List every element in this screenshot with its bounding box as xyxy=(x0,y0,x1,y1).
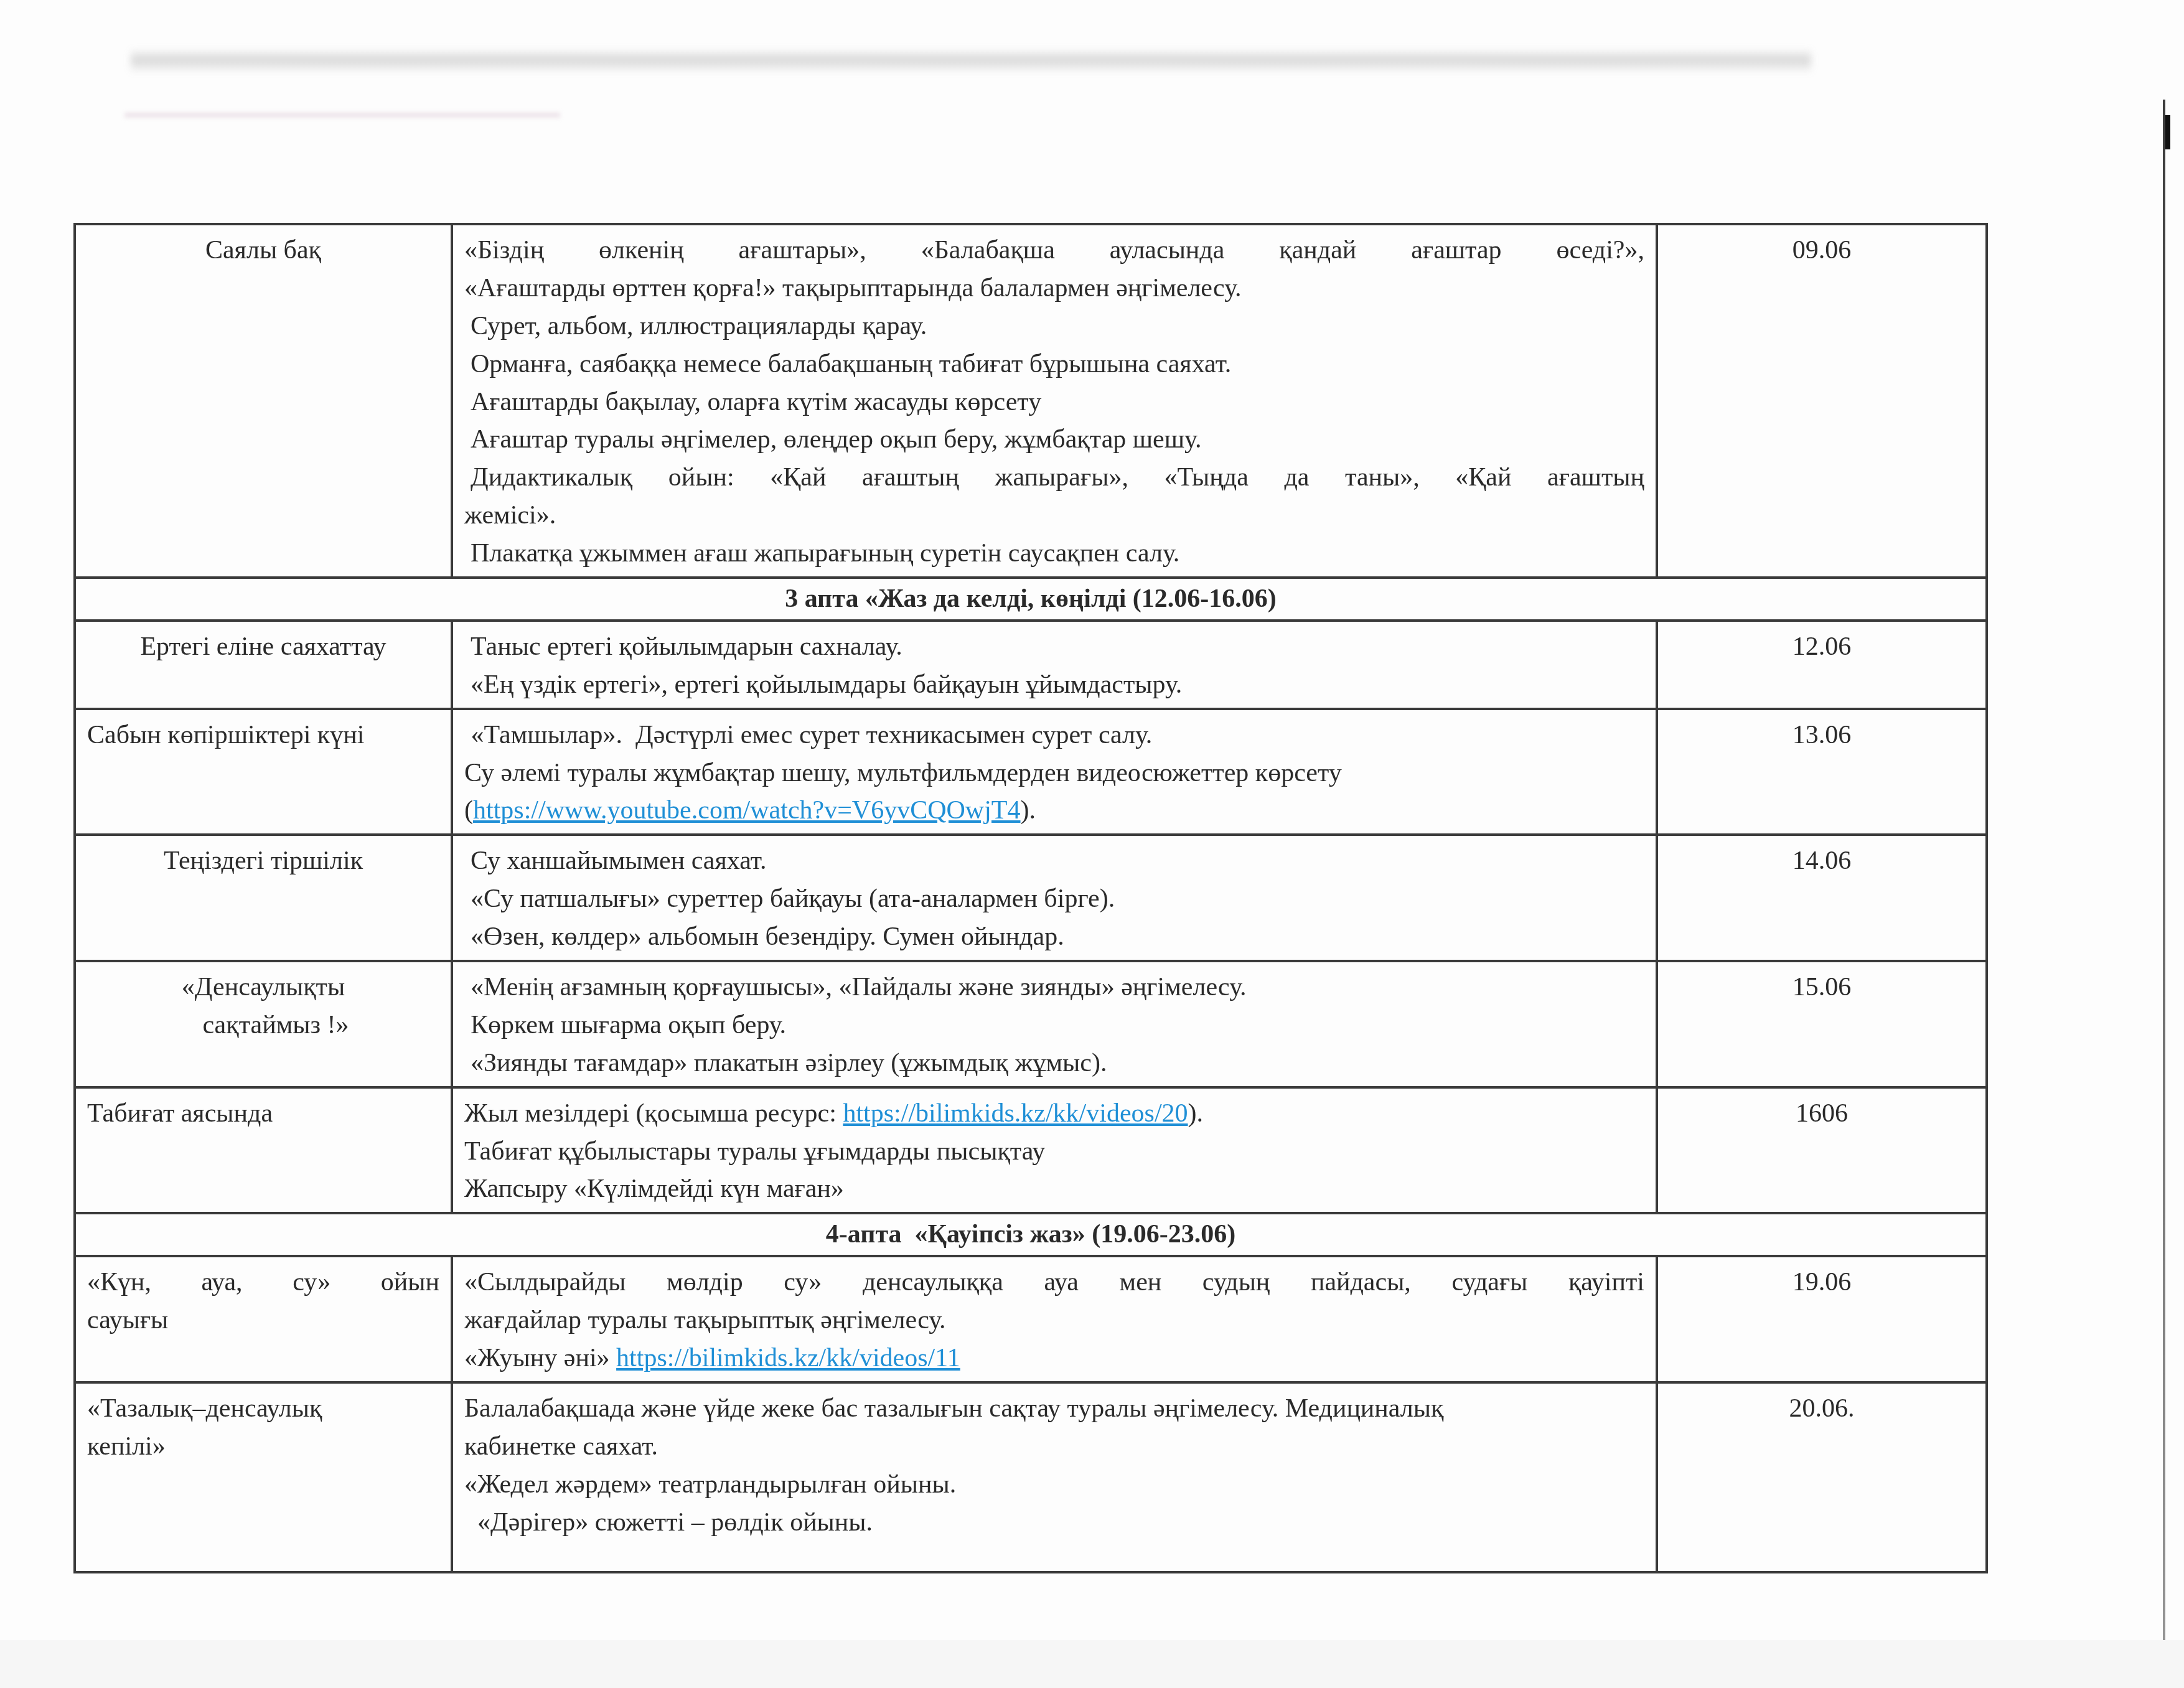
table-row: «Күн, ауа, су» ойын сауығы «Сылдырайды м… xyxy=(75,1256,1987,1382)
content-cell: Балалабақшада және үйде жеке бас тазалығ… xyxy=(452,1382,1657,1572)
week-header-row: 3 апта «Жаз да келді, көңілді (12.06-16.… xyxy=(75,578,1987,621)
content-line: «Біздің өлкенің ағаштары», «Балабақша ау… xyxy=(464,232,1644,270)
content-line: Дидактикалық ойын: «Қай ағаштың жапырағы… xyxy=(464,459,1644,497)
date-cell: 19.06 xyxy=(1657,1256,1987,1382)
table-row: «Тазалық–денсаулық кепілі» Балалабақшада… xyxy=(75,1382,1987,1572)
content-line: Таныс ертегі қойылымдарын сахналау. xyxy=(464,628,1644,666)
content-line: Балалабақшада және үйде жеке бас тазалығ… xyxy=(464,1390,1644,1428)
topic-cell: Ертегі еліне саяхаттау xyxy=(75,621,452,709)
date-cell: 15.06 xyxy=(1657,961,1987,1087)
topic-cell: Табиғат аясында xyxy=(75,1087,452,1214)
content-line: «Зиянды тағамдар» плакатын әзірлеу (ұжым… xyxy=(464,1044,1644,1082)
topic-line: «Күн, ауа, су» ойын xyxy=(87,1264,439,1301)
content-line: Көркем шығарма оқып беру. xyxy=(464,1006,1644,1044)
scan-page-edge xyxy=(2163,100,2165,1643)
content-line: Жапсыру «Күлімдейді күн маған» xyxy=(464,1170,1644,1208)
table-row: Ертегі еліне саяхаттау Таныс ертегі қойы… xyxy=(75,621,1987,709)
content-line: Жыл мезілдері (қосымша ресурс: https://b… xyxy=(464,1095,1644,1133)
content-line: «Менің ағзамның қорғаушысы», «Пайдалы жә… xyxy=(464,968,1644,1006)
activity-plan-table: Саялы бақ «Біздің өлкенің ағаштары», «Ба… xyxy=(73,223,1988,1573)
topic-line: «Денсаулықты xyxy=(87,968,439,1006)
content-cell: «Тамшылар». Дәстүрлі емес сурет техникас… xyxy=(452,709,1657,835)
link-suffix: ). xyxy=(1021,796,1036,825)
content-cell: Таныс ертегі қойылымдарын сахналау. «Ең … xyxy=(452,621,1657,709)
content-line: «Жуыну әні» https://bilimkids.kz/kk/vide… xyxy=(464,1339,1644,1377)
week-header-row: 4-апта «Қауіпсіз жаз» (19.06-23.06) xyxy=(75,1213,1987,1256)
content-line: жағдайлар туралы тақырыптық әңгімелесу. xyxy=(464,1301,1644,1339)
content-line: Су ханшайымымен саяхат. xyxy=(464,842,1644,880)
content-line: (https://www.youtube.com/watch?v=V6yvCQO… xyxy=(464,792,1644,830)
topic-cell: Теңіздегі тіршілік xyxy=(75,835,452,961)
date-cell: 09.06 xyxy=(1657,224,1987,578)
topic-line: сақтаймыз !» xyxy=(87,1006,439,1044)
table-row: Сабын көпіршіктері күні «Тамшылар». Дәст… xyxy=(75,709,1987,835)
link-suffix: ). xyxy=(1188,1099,1204,1128)
content-line: «Жедел жәрдем» театрландырылған ойыны. xyxy=(464,1466,1644,1504)
content-line: кабинетке саяхат. xyxy=(464,1428,1644,1466)
table-row: Табиғат аясында Жыл мезілдері (қосымша р… xyxy=(75,1087,1987,1214)
content-line: «Тамшылар». Дәстүрлі емес сурет техникас… xyxy=(464,716,1644,754)
content-line: «Ең үздік ертегі», ертегі қойылымдары ба… xyxy=(464,666,1644,704)
topic-cell: «Денсаулықты сақтаймыз !» xyxy=(75,961,452,1087)
table-row: Теңіздегі тіршілік Су ханшайымымен саяха… xyxy=(75,835,1987,961)
topic-line: кепілі» xyxy=(87,1428,439,1466)
topic-cell: «Күн, ауа, су» ойын сауығы xyxy=(75,1256,452,1382)
topic-cell: «Тазалық–денсаулық кепілі» xyxy=(75,1382,452,1572)
content-cell: «Сылдырайды мөлдір су» денсаулыққа ауа м… xyxy=(452,1256,1657,1382)
content-line: «Өзен, көлдер» альбомын безендіру. Сумен… xyxy=(464,918,1644,956)
link-prefix: «Жуыну әні» xyxy=(464,1344,616,1372)
bilimkids-link[interactable]: https://bilimkids.kz/kk/videos/20 xyxy=(843,1099,1188,1128)
content-cell: Жыл мезілдері (қосымша ресурс: https://b… xyxy=(452,1087,1657,1214)
bilimkids-link[interactable]: https://bilimkids.kz/kk/videos/11 xyxy=(616,1344,960,1372)
content-line: Ағаштар туралы әңгімелер, өлеңдер оқып б… xyxy=(464,421,1644,459)
content-cell: Су ханшайымымен саяхат. «Су патшалығы» с… xyxy=(452,835,1657,961)
scan-artifact-stamp-trace xyxy=(124,111,560,120)
content-cell: «Біздің өлкенің ағаштары», «Балабақша ау… xyxy=(452,224,1657,578)
week-title: 4-апта «Қауіпсіз жаз» (19.06-23.06) xyxy=(75,1213,1987,1256)
content-cell: «Менің ағзамның қорғаушысы», «Пайдалы жә… xyxy=(452,961,1657,1087)
scan-bottom-band xyxy=(0,1640,2184,1688)
date-cell: 14.06 xyxy=(1657,835,1987,961)
table-row: Саялы бақ «Біздің өлкенің ағаштары», «Ба… xyxy=(75,224,1987,578)
date-cell: 12.06 xyxy=(1657,621,1987,709)
date-cell: 20.06. xyxy=(1657,1382,1987,1572)
table-row: «Денсаулықты сақтаймыз !» «Менің ағзамны… xyxy=(75,961,1987,1087)
youtube-link[interactable]: https://www.youtube.com/watch?v=V6yvCQOw… xyxy=(473,796,1021,825)
content-line: «Су патшалығы» суреттер байқауы (ата-ана… xyxy=(464,880,1644,918)
content-line: Табиғат құбылыстары туралы ұғымдарды пыс… xyxy=(464,1133,1644,1171)
content-line: Су әлемі туралы жұмбақтар шешу, мультфил… xyxy=(464,754,1644,792)
date-cell: 13.06 xyxy=(1657,709,1987,835)
topic-line: «Тазалық–денсаулық xyxy=(87,1390,439,1428)
scan-artifact-top xyxy=(131,49,1811,73)
topic-cell: Сабын көпіршіктері күні xyxy=(75,709,452,835)
content-line: «Сылдырайды мөлдір су» денсаулыққа ауа м… xyxy=(464,1264,1644,1301)
content-line: «Дәрігер» сюжетті – рөлдік ойыны. xyxy=(464,1504,1644,1542)
content-line: «Ағаштарды өрттен қорға!» тақырыптарында… xyxy=(464,270,1644,307)
link-prefix: Жыл мезілдері (қосымша ресурс: xyxy=(464,1099,843,1128)
scan-edge-mark xyxy=(2165,115,2170,149)
content-line: Плакатқа ұжыммен ағаш жапырағының суреті… xyxy=(464,535,1644,573)
content-line: жемісі». xyxy=(464,497,1644,535)
week-title: 3 апта «Жаз да келді, көңілді (12.06-16.… xyxy=(75,578,1987,621)
link-prefix: ( xyxy=(464,796,473,825)
date-cell: 1606 xyxy=(1657,1087,1987,1214)
topic-cell: Саялы бақ xyxy=(75,224,452,578)
topic-line: сауығы xyxy=(87,1301,439,1339)
content-line: Орманға, саябаққа немесе балабақшаның та… xyxy=(464,345,1644,383)
content-line: Сурет, альбом, иллюстрацияларды қарау. xyxy=(464,307,1644,345)
content-line: Ағаштарды бақылау, оларға күтім жасауды … xyxy=(464,383,1644,421)
